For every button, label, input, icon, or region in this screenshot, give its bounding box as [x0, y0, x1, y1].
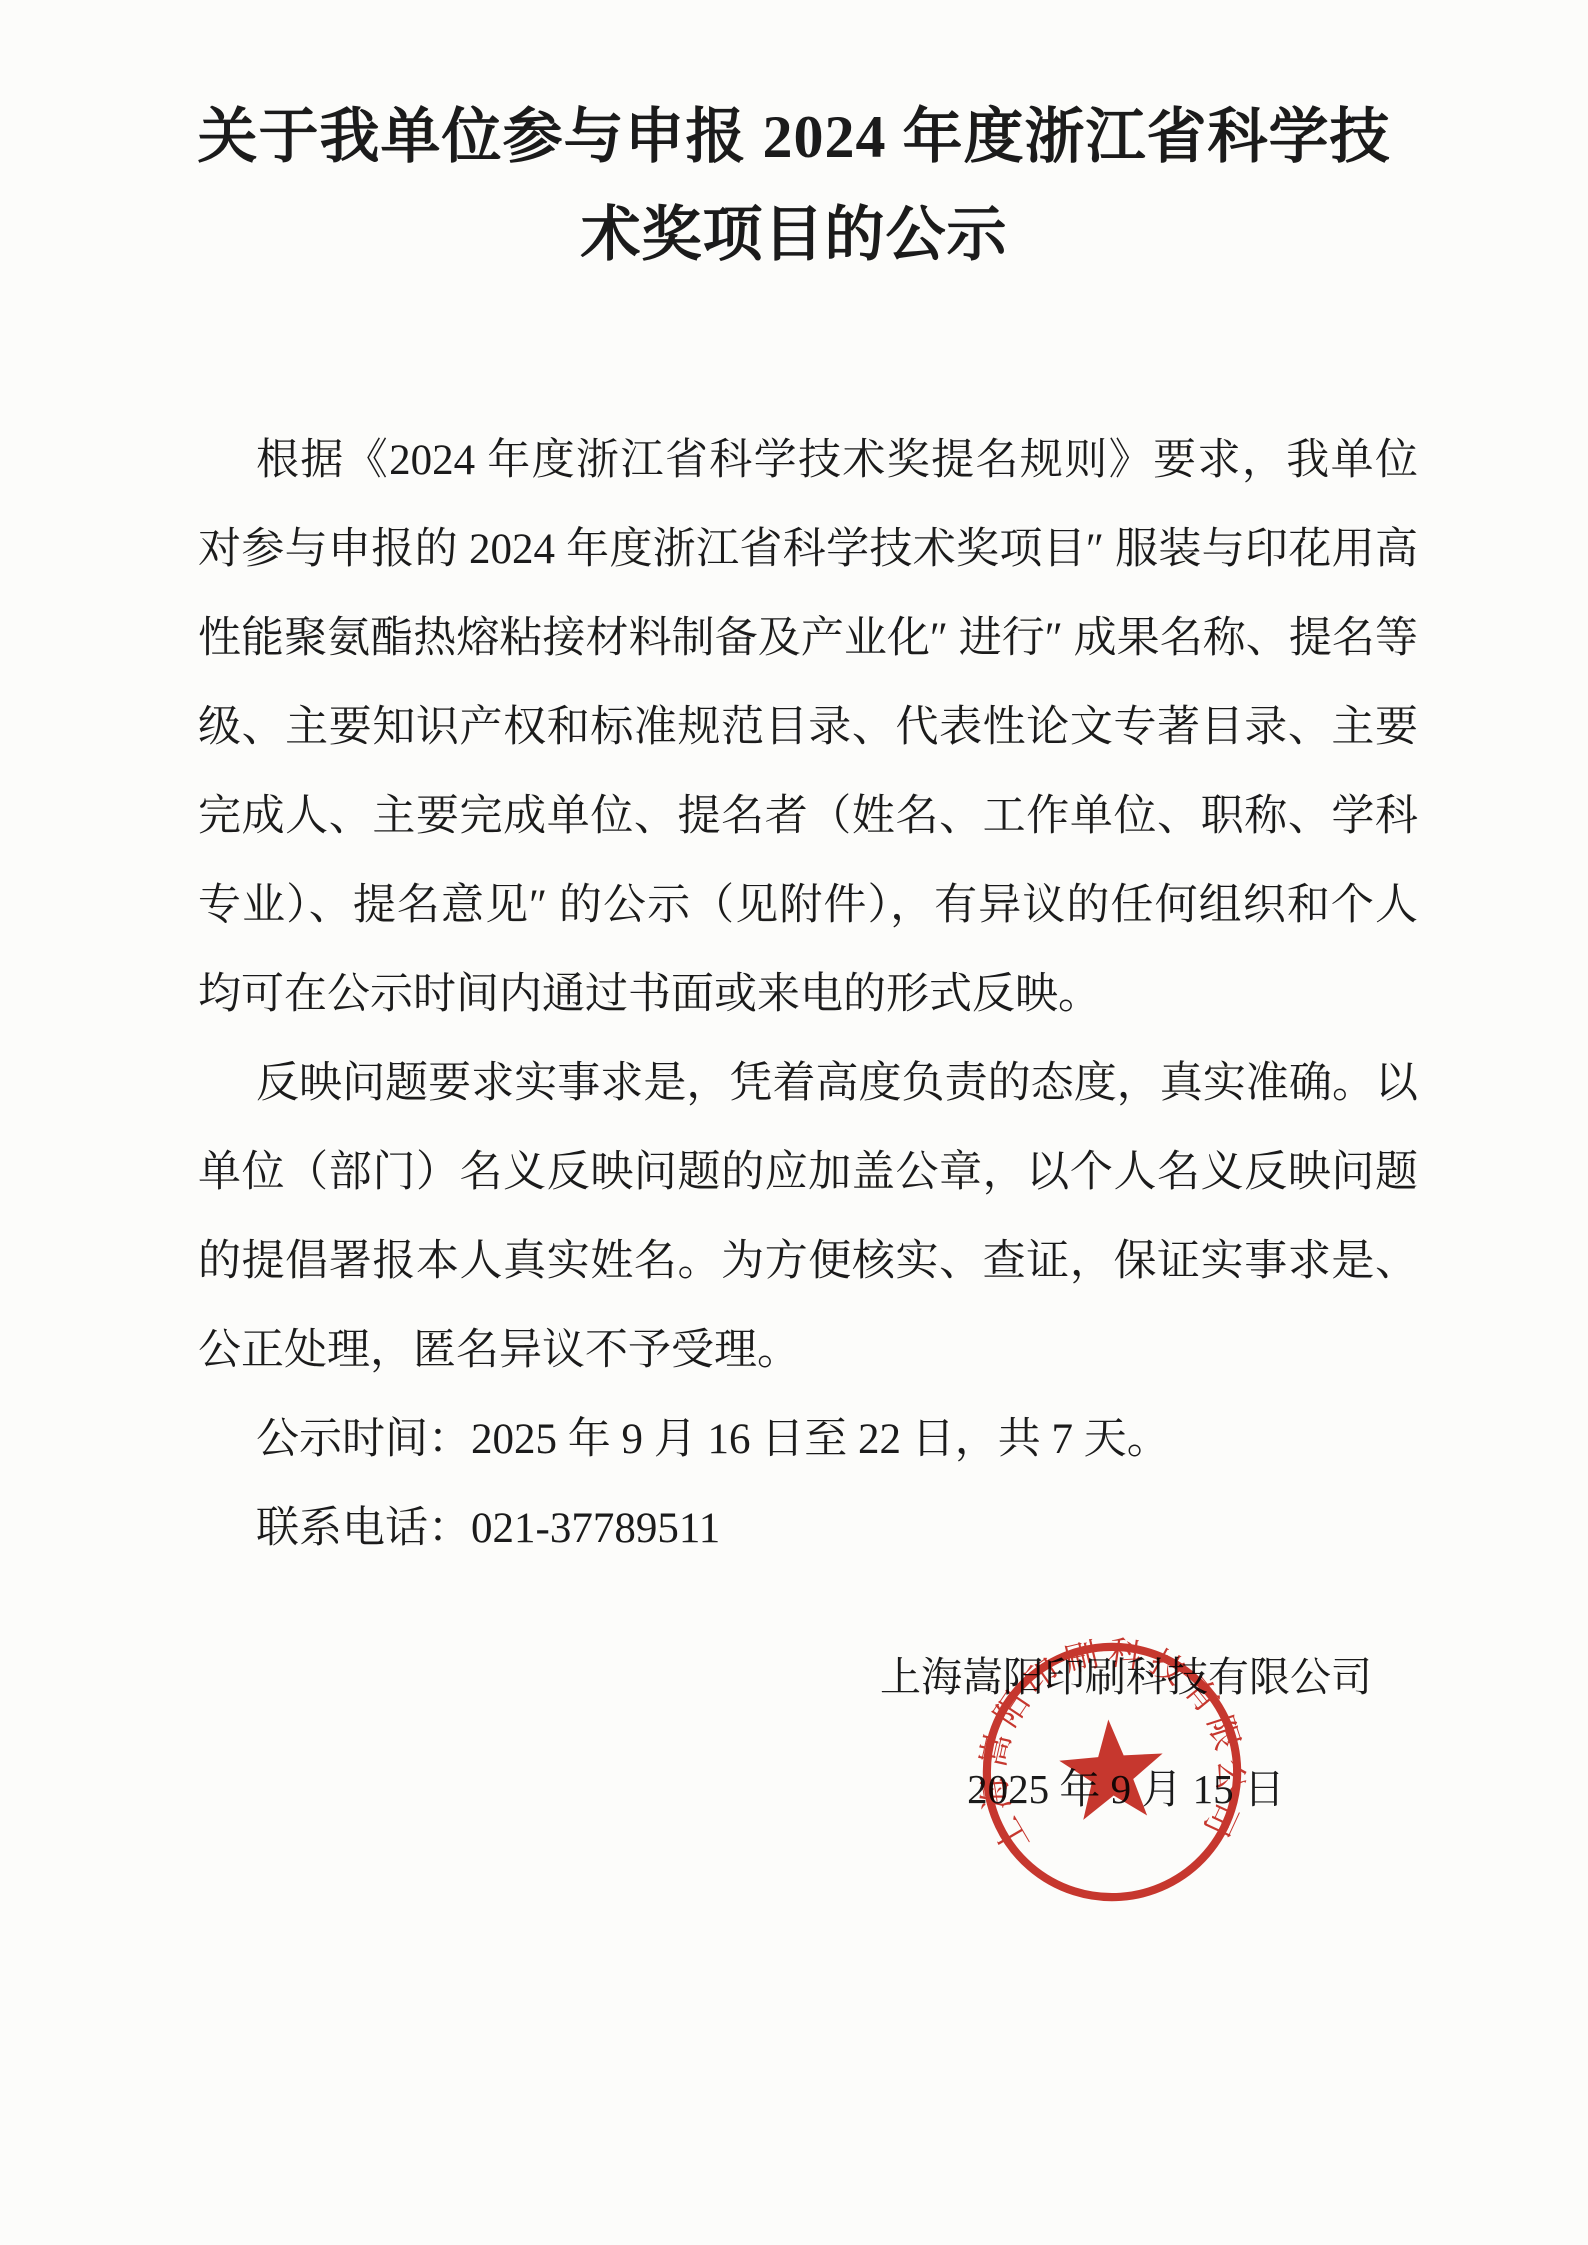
company-seal-stamp: 上海嵩阳印刷科技有限公司 — [967, 1627, 1257, 1917]
title-segment-heavy: 浙江省科学技 — [1025, 103, 1391, 170]
title-segment: 关于我单位参与申报 2024 年度 — [198, 104, 1025, 170]
paragraph-basis: 根据《2024 年度浙江省科学技术奖提名规则》要求，我单位对参与申报的 2024… — [198, 416, 1418, 1039]
paragraph-feedback-requirements: 反映问题要求实事求是，凭着高度负责的态度，真实准确。以单位（部门）名义反映问题的… — [198, 1039, 1418, 1395]
paragraph-publicity-period: 公示时间：2025 年 9 月 16 日至 22 日，共 7 天。 — [198, 1395, 1418, 1484]
document-page: 关于我单位参与申报 2024 年度浙江省科学技术奖项目的公示 根据《2024 年… — [0, 0, 1588, 2245]
document-body: 根据《2024 年度浙江省科学技术奖提名规则》要求，我单位对参与申报的 2024… — [0, 416, 1588, 1573]
title-segment: 项目的 — [703, 202, 886, 268]
seal-star-icon — [1057, 1716, 1167, 1821]
title-segment-heavy: 术奖 — [581, 201, 703, 268]
paragraph-contact-phone: 联系电话：021-37789511 — [198, 1484, 1418, 1573]
title-line: 术奖项目的公示 — [0, 186, 1588, 284]
document-title: 关于我单位参与申报 2024 年度浙江省科学技术奖项目的公示 — [0, 0, 1588, 284]
title-segment-heavy: 公示 — [886, 201, 1008, 268]
title-line: 关于我单位参与申报 2024 年度浙江省科学技 — [0, 88, 1588, 186]
